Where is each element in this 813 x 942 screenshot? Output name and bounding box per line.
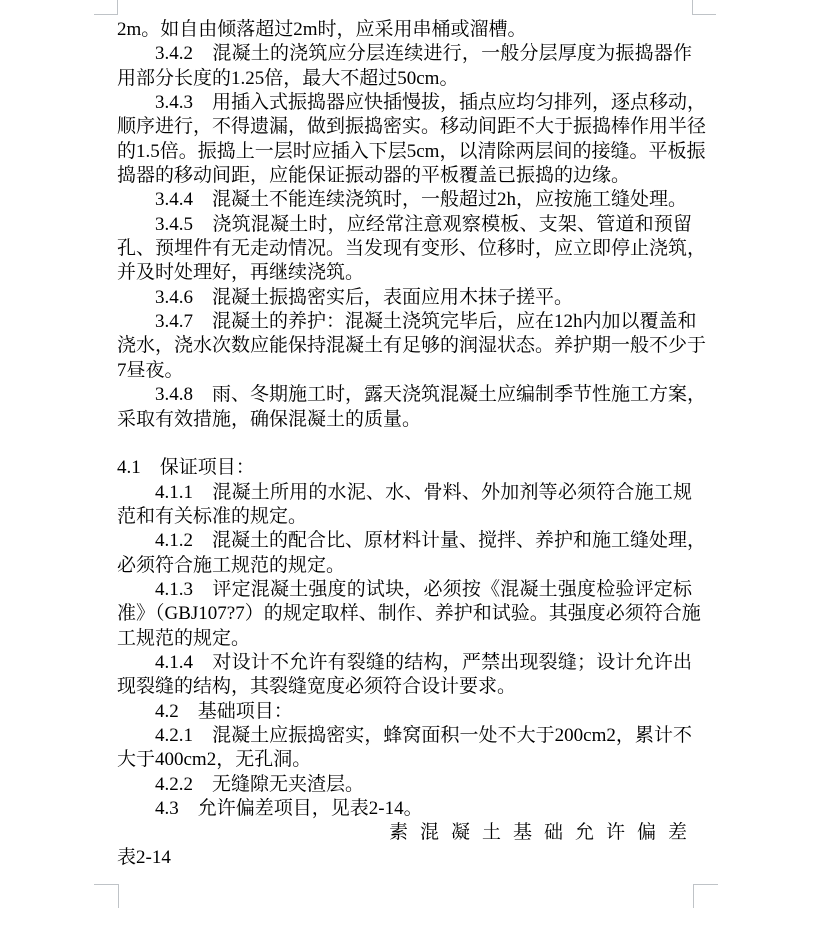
text-line: 并及时处理好，再继续浇筑。 [117,261,692,285]
text-line: 表2-14 [117,846,692,870]
text-line: 4.1.1 混凝土所用的水泥、水、骨料、外加剂等必须符合施工规 [117,481,692,505]
text-line: 现裂缝的结构，其裂缝宽度必须符合设计要求。 [117,675,692,699]
text-line: 捣器的移动间距，应能保证振动器的平板覆盖已振捣的边缘。 [117,164,692,188]
text-line: 3.4.3 用插入式振捣器应快插慢拔，插点应均匀排列，逐点移动， [117,91,692,115]
text-line: 2m。如自由倾落超过2m时，应采用串桶或溜槽。 [117,18,692,42]
page-margin-mark-bottom-right [693,884,718,908]
text-line: 必须符合施工规范的规定。 [117,554,692,578]
text-line: 4.3 允许偏差项目，见表2-14。 [117,797,692,821]
text-line: 浇水，浇水次数应能保持混凝土有足够的润湿状态。养护期一般不少于 [117,334,692,358]
text-line: 用部分长度的1.25倍，最大不超过50cm。 [117,67,692,91]
text-line: 的1.5倍。振捣上一层时应插入下层5cm，以清除两层间的接缝。平板振 [117,140,692,164]
text-line: 顺序进行，不得遗漏，做到振捣密实。移动间距不大于振捣棒作用半径 [117,115,692,139]
text-line: 范和有关标准的规定。 [117,505,692,529]
text-line [117,432,692,456]
document-page: 2m。如自由倾落超过2m时，应采用串桶或溜槽。3.4.2 混凝土的浇筑应分层连续… [0,0,813,942]
text-line: 3.4.2 混凝土的浇筑应分层连续进行，一般分层厚度为振捣器作 [117,42,692,66]
text-line: 采取有效措施，确保混凝土的质量。 [117,408,692,432]
text-line: 3.4.7 混凝土的养护：混凝土浇筑完毕后，应在12h内加以覆盖和 [117,310,692,334]
text-line: 7昼夜。 [117,359,692,383]
text-line: 准》（GBJ107?7）的规定取样、制作、养护和试验。其强度必须符合施 [117,602,692,626]
text-line: 4.1.2 混凝土的配合比、原材料计量、搅拌、养护和施工缝处理， [117,529,692,553]
text-line: 4.2.2 无缝隙无夹渣层。 [117,773,692,797]
table-title-line: 素混凝土基础允许偏差 [117,821,692,845]
text-line: 4.1.4 对设计不允许有裂缝的结构，严禁出现裂缝；设计允许出 [117,651,692,675]
text-line: 3.4.8 雨、冬期施工时，露天浇筑混凝土应编制季节性施工方案， [117,383,692,407]
document-body: 2m。如自由倾落超过2m时，应采用串桶或溜槽。3.4.2 混凝土的浇筑应分层连续… [117,18,692,870]
page-margin-mark-bottom-left [94,884,119,908]
text-line: 4.1.3 评定混凝土强度的试块，必须按《混凝土强度检验评定标 [117,578,692,602]
text-line: 大于400cm2，无孔洞。 [117,748,692,772]
text-line: 3.4.4 混凝土不能连续浇筑时，一般超过2h，应按施工缝处理。 [117,188,692,212]
page-margin-mark-top-left [94,0,118,15]
page-margin-mark-top-right [692,0,716,15]
text-line: 4.1 保证项目： [117,456,692,480]
text-line: 工规范的规定。 [117,627,692,651]
text-line: 4.2 基础项目： [117,700,692,724]
text-line: 4.2.1 混凝土应振捣密实，蜂窝面积一处不大于200cm2，累计不 [117,724,692,748]
text-line: 3.4.5 浇筑混凝土时，应经常注意观察模板、支架、管道和预留 [117,213,692,237]
text-line: 孔、预埋件有无走动情况。当发现有变形、位移时，应立即停止浇筑， [117,237,692,261]
text-line: 3.4.6 混凝土振捣密实后，表面应用木抹子搓平。 [117,286,692,310]
